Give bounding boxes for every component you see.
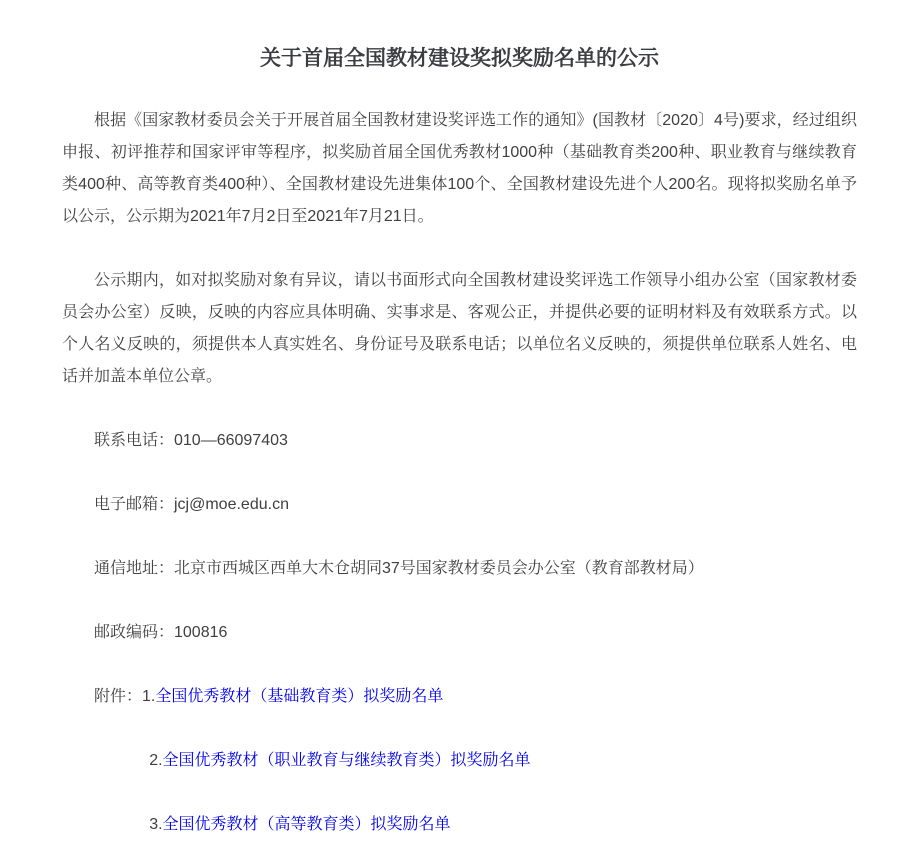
attachment-link-basic-education[interactable]: 全国优秀教材（基础教育类）拟奖励名单 — [155, 688, 443, 705]
contact-email: 电子邮箱：jcj@moe.edu.cn — [62, 489, 857, 521]
attachment-item-3: 3.全国优秀教材（高等教育类）拟奖励名单 — [62, 809, 857, 841]
attachment-link-vocational-continuing-education[interactable]: 全国优秀教材（职业教育与继续教育类）拟奖励名单 — [163, 752, 531, 769]
paragraph-objection-instructions: 公示期内，如对拟奖励对象有异议，请以书面形式向全国教材建设奖评选工作领导小组办公… — [62, 265, 857, 393]
announcement-page: 关于首届全国教材建设奖拟奖励名单的公示 根据《国家教材委员会关于开展首届全国教材… — [0, 0, 919, 857]
contact-address: 通信地址：北京市西城区西单大木仓胡同37号国家教材委员会办公室（教育部教材局） — [62, 553, 857, 585]
attachment-link-higher-education[interactable]: 全国优秀教材（高等教育类）拟奖励名单 — [163, 816, 451, 833]
attachment-number-2: 2. — [149, 752, 162, 769]
attachment-item-2: 2.全国优秀教材（职业教育与继续教育类）拟奖励名单 — [62, 745, 857, 777]
contact-phone: 联系电话：010—66097403 — [62, 425, 857, 457]
attachment-number-3: 3. — [149, 816, 162, 833]
attachment-item-1: 附件：1.全国优秀教材（基础教育类）拟奖励名单 — [62, 681, 857, 713]
paragraph-intro: 根据《国家教材委员会关于开展首届全国教材建设奖评选工作的通知》(国教材〔2020… — [62, 105, 857, 233]
contact-postal-code: 邮政编码：100816 — [62, 617, 857, 649]
page-title: 关于首届全国教材建设奖拟奖励名单的公示 — [62, 44, 857, 74]
attachments-label: 附件： — [94, 688, 142, 705]
attachment-number-1: 1. — [142, 688, 155, 705]
announcement-document: 关于首届全国教材建设奖拟奖励名单的公示 根据《国家教材委员会关于开展首届全国教材… — [62, 0, 857, 841]
